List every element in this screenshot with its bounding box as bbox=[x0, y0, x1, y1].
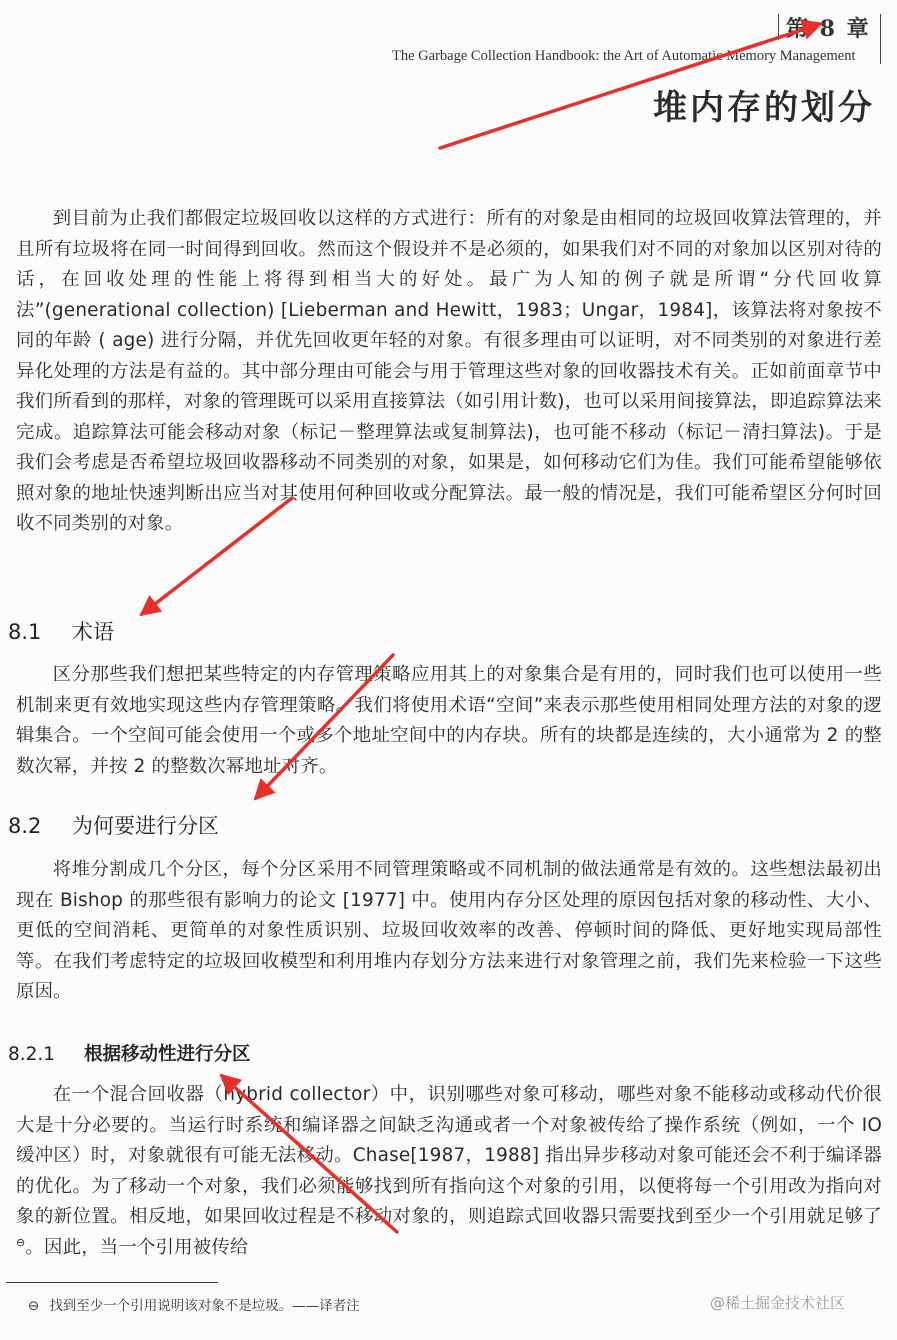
section-8-2-paragraph: 将堆分割成几个分区，每个分区采用不同管理策略或不同机制的做法通常是有效的。这些想… bbox=[16, 855, 882, 1008]
chapter-bar-left bbox=[778, 14, 779, 40]
section-heading-8-1: 8.1术语 bbox=[8, 616, 114, 646]
section-number: 8.2 bbox=[8, 814, 72, 838]
footnote-text: 找到至少一个引用说明该对象不是垃圾。——译者注 bbox=[49, 1298, 360, 1314]
chapter-bar-right bbox=[880, 14, 881, 64]
subsection-heading-8-2-1: 8.2.1根据移动性进行分区 bbox=[8, 1040, 251, 1066]
watermark: @稀土掘金技术社区 bbox=[710, 1292, 845, 1313]
subsection-number: 8.2.1 bbox=[8, 1044, 84, 1065]
subsection-title: 根据移动性进行分区 bbox=[84, 1044, 251, 1065]
footnote-reference[interactable]: ⊖ bbox=[16, 1235, 25, 1248]
section-number: 8.1 bbox=[8, 620, 72, 644]
subsection-text-tail: 。因此，当一个引用被传给 bbox=[25, 1237, 248, 1258]
footnote: ⊖找到至少一个引用说明该对象不是垃圾。——译者注 bbox=[28, 1294, 360, 1314]
book-title: The Garbage Collection Handbook: the Art… bbox=[392, 48, 870, 65]
chapter-title: 堆内存的划分 bbox=[653, 80, 875, 129]
footnote-mark: ⊖ bbox=[28, 1298, 39, 1314]
subsection-paragraph: 在一个混合回收器（hybrid collector）中，识别哪些对象可移动，哪些… bbox=[16, 1080, 882, 1263]
footnote-rule bbox=[6, 1282, 218, 1283]
chapter-label: 第 8 章 bbox=[786, 12, 871, 43]
intro-paragraph: 到目前为止我们都假定垃圾回收以这样的方式进行：所有的对象是由相同的垃圾回收算法管… bbox=[16, 204, 882, 540]
section-8-1-paragraph: 区分那些我们想把某些特定的内存管理策略应用其上的对象集合是有用的，同时我们也可以… bbox=[16, 660, 882, 782]
subsection-text: 在一个混合回收器（hybrid collector）中，识别哪些对象可移动，哪些… bbox=[16, 1084, 882, 1227]
section-title: 术语 bbox=[72, 620, 114, 644]
section-heading-8-2: 8.2为何要进行分区 bbox=[8, 810, 219, 840]
section-title: 为何要进行分区 bbox=[72, 814, 219, 838]
